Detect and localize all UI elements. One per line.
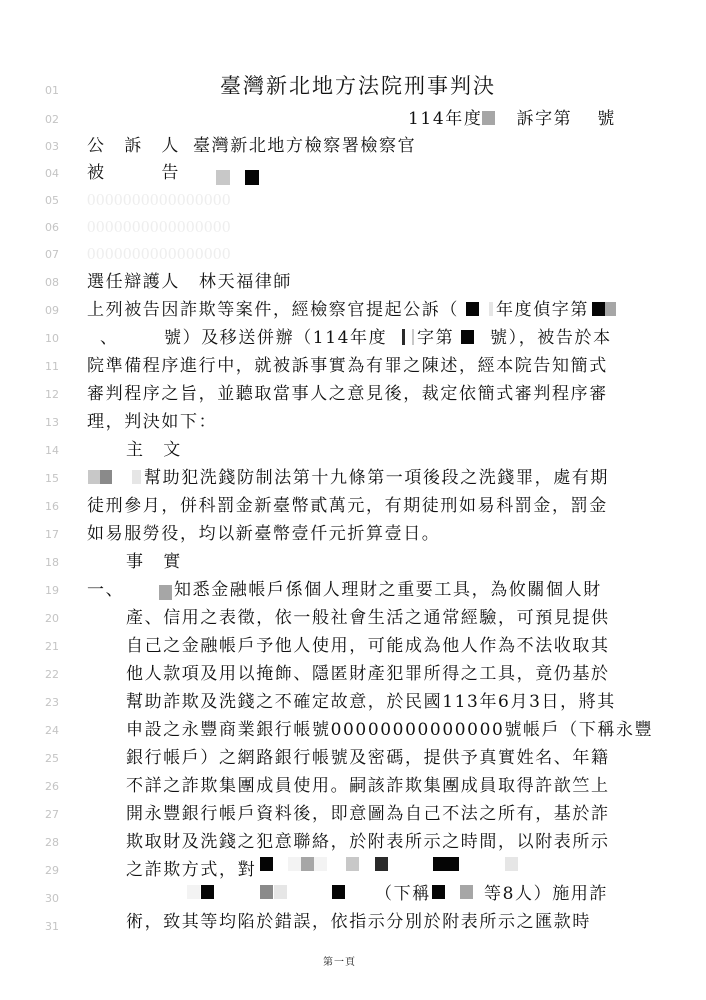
case-suffix: 號 bbox=[597, 109, 616, 129]
facts-line: （下稱 bbox=[375, 884, 431, 904]
intro-line: 院準備程序進行中，就被訴事實為有罪之陳述，經本院告知簡式 bbox=[87, 356, 608, 376]
redacted-text-line: 0000000000000000 bbox=[87, 217, 231, 237]
line-number: 09 bbox=[45, 304, 75, 317]
line-number: 17 bbox=[45, 528, 75, 541]
facts-line: 自己之金融帳戶予他人使用，可能成為他人作為不法收取其 bbox=[126, 636, 610, 656]
text-segment: 、 bbox=[100, 328, 119, 348]
case-year: 114年度 bbox=[408, 109, 482, 129]
text-segment: 字第 bbox=[417, 328, 454, 348]
main-text-line: 幫助犯洗錢防制法第十九條第一項後段之洗錢罪，處有期 bbox=[144, 468, 609, 488]
redacted-block bbox=[274, 885, 287, 899]
redacted-block bbox=[159, 585, 172, 600]
prosecutor-value: 臺灣新北地方檢察署檢察官 bbox=[193, 136, 416, 156]
redacted-block bbox=[466, 302, 479, 316]
facts-line: 產、信用之表徵，依一般社會生活之通常經驗，可預見提供 bbox=[126, 608, 610, 628]
redacted-block bbox=[592, 302, 605, 316]
page-footer: 第一頁 bbox=[323, 953, 356, 968]
prosecutor-row: 公 訴 人 臺灣新北地方檢察署檢察官 bbox=[87, 136, 416, 156]
redacted-block bbox=[505, 857, 518, 871]
facts-line: 幫助詐欺及洗錢之不確定故意，於民國113年6月3日，將其 bbox=[126, 692, 616, 712]
text-segment: 年度偵字第 bbox=[496, 300, 589, 320]
line-number: 28 bbox=[45, 836, 75, 849]
defense-counsel-value: 林天福律師 bbox=[199, 272, 292, 292]
redacted-text-line: 0000000000000000 bbox=[87, 190, 231, 210]
facts-line: 銀行帳戶）之網路銀行帳號及密碼，提供予真實姓名、年籍 bbox=[126, 748, 610, 768]
redacted-block bbox=[402, 329, 405, 345]
redacted-block bbox=[100, 470, 112, 484]
redacted-block bbox=[412, 329, 414, 345]
intro-line: 審判程序之旨，並聽取當事人之意見後，裁定依簡式審判程序審 bbox=[87, 384, 608, 404]
document-title: 臺灣新北地方法院刑事判決 bbox=[220, 70, 496, 100]
redacted-block bbox=[332, 885, 345, 899]
redacted-block bbox=[433, 857, 446, 871]
facts-line: 等8人）施用詐 bbox=[484, 884, 608, 904]
main-text-line: 徒刑參月，併科罰金新臺幣貳萬元，有期徒刑如易科罰金，罰金 bbox=[87, 496, 608, 516]
line-number: 15 bbox=[45, 472, 75, 485]
line-number: 30 bbox=[45, 892, 75, 905]
redacted-block bbox=[461, 330, 474, 344]
defense-counsel-row: 選任辯護人 林天福律師 bbox=[87, 272, 292, 292]
main-heading: 主 文 bbox=[126, 440, 182, 460]
redacted-block bbox=[260, 885, 273, 899]
main-text-line: 如易服勞役，均以新臺幣壹仟元折算壹日。 bbox=[87, 524, 440, 544]
redacted-block bbox=[201, 885, 214, 899]
line-number: 18 bbox=[45, 556, 75, 569]
redacted-block bbox=[216, 170, 230, 185]
line-number: 11 bbox=[45, 360, 75, 373]
facts-line: 之詐欺方式，對 bbox=[126, 860, 256, 880]
redacted-block bbox=[88, 470, 100, 484]
intro-line: 理，判決如下： bbox=[87, 412, 217, 432]
line-number: 10 bbox=[45, 332, 75, 345]
line-number: 25 bbox=[45, 752, 75, 765]
redacted-block bbox=[288, 857, 301, 871]
line-number: 16 bbox=[45, 500, 75, 513]
line-number: 31 bbox=[45, 920, 75, 933]
facts-item-marker: 一、 bbox=[87, 580, 124, 600]
redacted-block bbox=[375, 857, 388, 871]
facts-line: 知悉金融帳戶係個人理財之重要工具，為攸關個人財 bbox=[174, 580, 602, 600]
defendant-label: 被 告 bbox=[87, 163, 180, 183]
facts-line: 欺取財及洗錢之犯意聯絡，於附表所示之時間，以附表所示 bbox=[126, 832, 610, 852]
facts-line: 申設之永豐商業銀行帳號00000000000000號帳戶（下稱永豐 bbox=[126, 720, 653, 740]
case-number: 114年度 訴字第 號 bbox=[408, 109, 616, 129]
facts-line: 他人款項及用以掩飾、隱匿財產犯罪所得之工具，竟仍基於 bbox=[126, 664, 610, 684]
line-number: 04 bbox=[45, 167, 75, 180]
line-number: 06 bbox=[45, 221, 75, 234]
case-type: 訴字第 bbox=[516, 109, 572, 129]
line-number: 07 bbox=[45, 248, 75, 261]
defense-counsel-label: 選任辯護人 bbox=[87, 272, 180, 292]
line-number: 01 bbox=[45, 84, 75, 97]
line-number: 13 bbox=[45, 416, 75, 429]
text-segment: 號），被告於本 bbox=[490, 328, 612, 348]
facts-heading: 事 實 bbox=[126, 552, 182, 572]
redacted-block bbox=[482, 111, 495, 125]
line-number: 19 bbox=[45, 584, 75, 597]
redacted-block bbox=[187, 885, 200, 899]
defendant-row: 被 告 bbox=[87, 163, 180, 183]
line-number: 21 bbox=[45, 640, 75, 653]
redacted-block bbox=[314, 857, 327, 871]
redacted-block bbox=[132, 470, 141, 484]
redacted-block bbox=[245, 170, 259, 185]
intro-line: 上列被告因詐欺等案件，經檢察官提起公訴（ bbox=[87, 300, 459, 320]
redacted-block bbox=[346, 857, 359, 871]
facts-line: 術，致其等均陷於錯誤，依指示分別於附表所示之匯款時 bbox=[126, 912, 591, 932]
redacted-block bbox=[460, 885, 473, 899]
redacted-block bbox=[301, 857, 314, 871]
text-segment: 上列被告因詐欺等案件，經檢察官提起公訴（ bbox=[87, 300, 459, 320]
line-number: 03 bbox=[45, 140, 75, 153]
redacted-block bbox=[432, 885, 445, 899]
redacted-block bbox=[260, 857, 273, 871]
redacted-block bbox=[446, 857, 459, 871]
line-number: 12 bbox=[45, 388, 75, 401]
line-number: 27 bbox=[45, 808, 75, 821]
facts-line: 不詳之詐欺集團成員使用。嗣該詐欺集團成員取得許歆竺上 bbox=[126, 776, 610, 796]
line-number: 26 bbox=[45, 780, 75, 793]
line-number: 08 bbox=[45, 276, 75, 289]
facts-line: 開永豐銀行帳戶資料後，即意圖為自己不法之所有，基於詐 bbox=[126, 804, 610, 824]
line-number: 22 bbox=[45, 668, 75, 681]
line-number: 24 bbox=[45, 724, 75, 737]
line-number: 29 bbox=[45, 864, 75, 877]
line-number: 23 bbox=[45, 696, 75, 709]
line-number: 02 bbox=[45, 113, 75, 126]
prosecutor-label: 公 訴 人 bbox=[87, 136, 180, 156]
line-number: 20 bbox=[45, 612, 75, 625]
text-segment: 號）及移送併辦（114年度 bbox=[164, 328, 387, 348]
redacted-block bbox=[489, 302, 493, 316]
redacted-text-line: 0000000000000000 bbox=[87, 244, 231, 264]
line-number: 14 bbox=[45, 444, 75, 457]
redacted-block bbox=[605, 302, 616, 316]
line-number: 05 bbox=[45, 194, 75, 207]
